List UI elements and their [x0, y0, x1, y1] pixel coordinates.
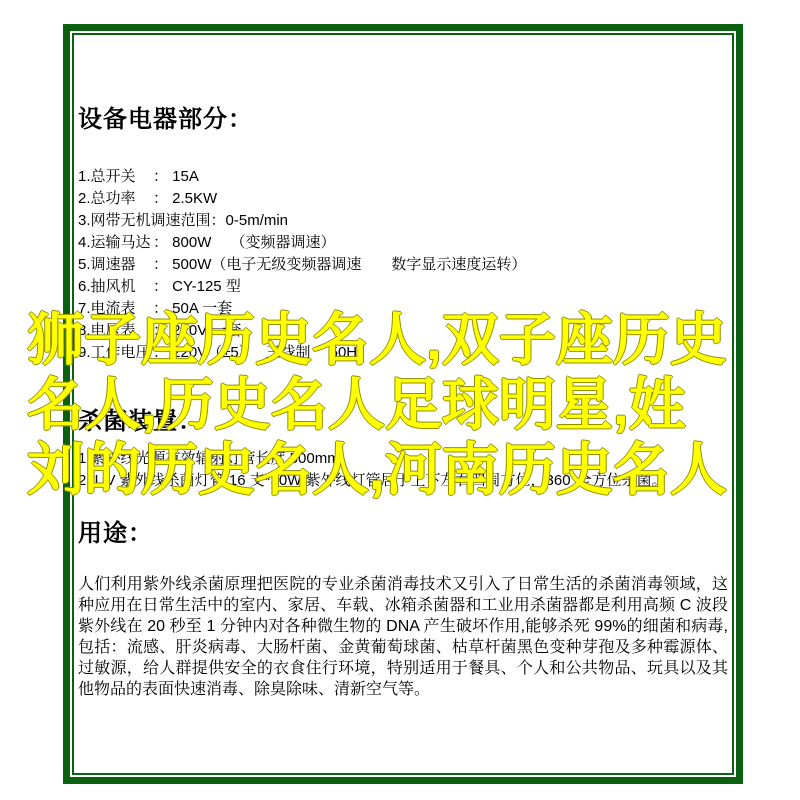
spec-value: ： 2.5KW [153, 190, 217, 207]
spec-value: ： CY-125 型 [153, 278, 241, 295]
spec-label: 5.调速器 [78, 254, 153, 276]
spec-row-exhaust-fan: 6.抽风机： CY-125 型 [78, 276, 728, 298]
spec-label: 1.总开关 [78, 166, 153, 188]
usage-paragraph: 人们利用紫外线杀菌原理把医院的专业杀菌消毒技术又引入了日常生活的杀菌消毒领域，这… [78, 574, 728, 700]
spec-label: 2.总功率 [78, 188, 153, 210]
watermark-line: 名人,历史名人足球明星,姓 [27, 373, 727, 438]
spec-value: ： 15A [153, 168, 199, 185]
watermark-line: 刘的历史名人,河南历史名人 [27, 438, 727, 503]
spec-label: 4.运输马达 [78, 232, 153, 254]
usage-section-heading: 用途： [78, 513, 728, 548]
spec-label: 3.网带无机调速范围 [78, 210, 211, 232]
spec-row-main-switch: 1.总开关： 15A [78, 166, 728, 188]
spec-row-speed-governor: 5.调速器： 500W（电子无级变频器调速 数字显示速度运转） [78, 254, 728, 276]
spec-value: ： 500W（电子无级变频器调速 数字显示速度运转） [153, 256, 526, 273]
equipment-section-heading: 设备电器部分： [78, 99, 728, 134]
spec-row-total-power: 2.总功率： 2.5KW [78, 188, 728, 210]
watermark-line: 狮子座历史名人,双子座历史 [27, 308, 727, 373]
spec-value: ： 800W （变频器调速） [153, 234, 336, 251]
spec-row-belt-speed-range: 3.网带无机调速范围：0-5m/min [78, 210, 728, 232]
spec-value: ：0-5m/min [211, 212, 289, 229]
seo-spam-watermark: 狮子座历史名人,双子座历史 名人,历史名人足球明星,姓 刘的历史名人,河南历史名… [27, 308, 727, 503]
spec-row-transport-motor: 4.运输马达： 800W （变频器调速） [78, 232, 728, 254]
spec-label: 6.抽风机 [78, 276, 153, 298]
